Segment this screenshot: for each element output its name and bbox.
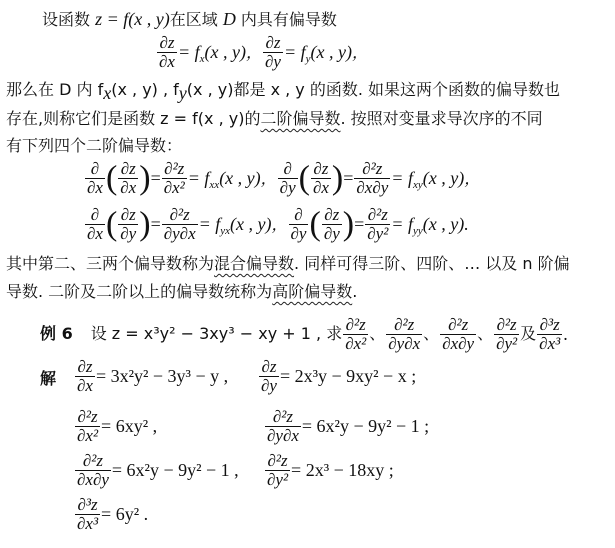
fraction-dz-dx: ∂z∂x xyxy=(311,160,331,197)
numerator: ∂z xyxy=(119,206,138,224)
subscript-y: y xyxy=(179,83,187,103)
fraction-d2z-dxdy: ∂²z∂x∂y xyxy=(354,160,390,197)
f-symbol: = f xyxy=(199,214,221,234)
numerator: ∂²z xyxy=(75,408,99,426)
denominator: ∂x³ xyxy=(75,514,100,533)
fraction-d2z-dy2: ∂²z∂y² xyxy=(365,206,390,243)
denominator: ∂y xyxy=(259,376,279,395)
denominator: ∂y xyxy=(289,224,309,243)
solution-result-6: ∂²z∂y²= 2x³ − 18xy ; xyxy=(264,452,394,489)
denominator: ∂x² xyxy=(343,334,368,353)
numerator: ∂³z xyxy=(75,496,99,514)
left-paren: ( xyxy=(106,205,117,242)
numerator: ∂z xyxy=(322,206,341,224)
separator: 、 xyxy=(477,326,493,342)
denominator: ∂y² xyxy=(365,224,390,243)
and-word: 及 xyxy=(520,326,536,342)
numerator: ∂z xyxy=(119,160,138,178)
equals: = xyxy=(343,169,353,187)
denominator: ∂x xyxy=(157,52,177,71)
numerator: ∂ xyxy=(292,206,304,224)
rhs: = 6x²y − 9y² − 1 , xyxy=(112,461,239,479)
args: (x , y) xyxy=(205,42,246,62)
rhs: = 6xy² , xyxy=(101,417,157,435)
solution-result-3: ∂²z∂x²= 6xy² , xyxy=(74,408,157,445)
left-paren: ( xyxy=(309,205,320,242)
rhs: = 3x²y² − 3y³ − y , xyxy=(96,367,228,385)
fraction-dz-dx: ∂z∂x xyxy=(118,160,138,197)
para2-line3: 有下列四个二阶偏导数： xyxy=(6,138,182,155)
numerator: ∂²z xyxy=(271,408,295,426)
denominator: ∂x xyxy=(75,376,95,395)
equals: = xyxy=(151,215,161,233)
numerator: ∂ xyxy=(281,160,293,178)
denominator: ∂x xyxy=(85,224,105,243)
fraction-dz-dx: ∂z∂x xyxy=(157,34,177,71)
lhs-fraction: ∂²z∂y∂x xyxy=(265,408,301,445)
numerator: ∂ xyxy=(89,160,101,178)
separator: 、 xyxy=(369,326,385,342)
numerator: ∂ xyxy=(89,206,101,224)
numerator: ∂²z xyxy=(360,160,384,178)
f-symbol: = f xyxy=(391,214,413,234)
right-paren: ) xyxy=(332,159,343,196)
solution-result-4: ∂²z∂y∂x= 6x²y − 9y² − 1 ; xyxy=(264,408,429,445)
solution-result-1: ∂z∂x= 3x²y² − 3y³ − y , xyxy=(74,358,228,395)
denominator: ∂x xyxy=(118,178,138,197)
target-d2z-dxdy: ∂²z∂x∂y xyxy=(440,316,476,353)
lhs-fraction: ∂²z∂y² xyxy=(265,452,290,489)
args: (x , y) xyxy=(230,214,271,234)
para3-line2: 导数. 二阶及二阶以上的偏导数统称为高阶偏导数. xyxy=(6,284,357,301)
solution-result-2: ∂z∂y= 2x³y − 9xy² − x ; xyxy=(258,358,416,395)
term-higher-order-partial: 高阶偏导数 xyxy=(272,282,352,301)
numerator: ∂z xyxy=(157,34,176,52)
example-statement: 设 z = x³y² − 3xy³ − xy + 1 , 求 xyxy=(91,326,342,342)
denominator: ∂x xyxy=(311,178,331,197)
f-symbol: = f xyxy=(391,168,413,188)
intro-prefix: 设函数 xyxy=(42,10,95,29)
left-paren: ( xyxy=(299,159,310,196)
denominator: ∂y² xyxy=(265,470,290,489)
fraction-d2z-dx2: ∂²z∂x² xyxy=(162,160,187,197)
target-d3z-dx3: ∂³z∂x³ xyxy=(537,316,562,353)
intro-line: 设函数 z = f(x , y)在区域 D 内具有偏导数 xyxy=(42,10,337,29)
para2-line3-text: 有下列四个二阶偏导数： xyxy=(6,136,182,155)
end-punct: ， xyxy=(464,169,480,188)
numerator: ∂²z xyxy=(366,206,390,224)
para2-line1-c: (x , y)都是 x , y 的函数. 如果这两个函数的偏导数也 xyxy=(187,80,560,99)
numerator: ∂³z xyxy=(538,316,562,334)
denominator: ∂x² xyxy=(75,426,100,445)
end-punct: . xyxy=(464,214,469,234)
f-symbol: = f xyxy=(178,42,200,62)
numerator: ∂²z xyxy=(168,206,192,224)
fraction-d-dx: ∂∂x xyxy=(85,160,105,197)
para3-line1: 其中第二、三两个偏导数称为混合偏导数. 同样可得三阶、四阶、… 以及 n 阶偏 xyxy=(6,256,570,273)
numerator: ∂z xyxy=(311,160,330,178)
args: (x , y) xyxy=(423,168,464,188)
term-second-order-partial: 二阶偏导数 xyxy=(260,109,340,128)
para3-line2-b: . xyxy=(352,282,357,301)
denominator: ∂x∂y xyxy=(440,334,476,353)
denominator: ∂x∂y xyxy=(354,178,390,197)
para2-line2-b: . 按照对变量求导次序的不同 xyxy=(340,109,542,128)
solution-result-7: ∂³z∂x³= 6y² . xyxy=(74,496,148,533)
denominator: ∂y² xyxy=(494,334,519,353)
denominator: ∂x² xyxy=(162,178,187,197)
para3-line1-a: 其中第二、三两个偏导数称为 xyxy=(6,254,214,273)
solution-label-text: 解 xyxy=(40,369,56,388)
fraction-dz-dy: ∂z∂y xyxy=(322,206,342,243)
f-yy: = fyy(x , y). xyxy=(391,215,468,233)
para2-line1-a: 那么在 D 内 f xyxy=(6,80,103,99)
lhs-fraction: ∂z∂x xyxy=(75,358,95,395)
rhs: = 2x³y − 9xy² − x ; xyxy=(280,367,416,385)
numerator: ∂²z xyxy=(392,316,416,334)
intro-func: z = f(x , y) xyxy=(95,9,170,29)
para2-line1: 那么在 D 内 fx(x , y) , fy(x , y)都是 x , y 的函… xyxy=(6,82,560,99)
right-paren: ) xyxy=(343,205,354,242)
rhs: = 6x²y − 9y² − 1 ; xyxy=(302,417,429,435)
args: (x , y) xyxy=(423,214,464,234)
denominator: ∂x xyxy=(85,178,105,197)
numerator: ∂²z xyxy=(446,316,470,334)
numerator: ∂²z xyxy=(344,316,368,334)
intro-middle: 在区域 xyxy=(170,10,223,29)
fraction-d-dx: ∂∂x xyxy=(85,206,105,243)
equals-fy: = fy(x , y)， xyxy=(284,43,368,61)
equals-fx: = fx(x , y)， xyxy=(178,43,262,61)
f-yx: = fyx(x , y)， xyxy=(199,215,288,233)
denominator: ∂y xyxy=(322,224,342,243)
denominator: ∂x∂y xyxy=(75,470,111,489)
fraction-dz-dy: ∂z∂y xyxy=(118,206,138,243)
numerator: ∂²z xyxy=(81,452,105,470)
subscript: yx xyxy=(220,225,230,237)
right-paren: ) xyxy=(139,205,150,242)
target-d2z-dy2: ∂²z∂y² xyxy=(494,316,519,353)
rhs: = 2x³ − 18xy ; xyxy=(291,461,394,479)
para3-line2-a: 导数. 二阶及二阶以上的偏导数统称为 xyxy=(6,282,272,301)
numerator: ∂z xyxy=(259,358,278,376)
denominator: ∂y∂x xyxy=(162,224,198,243)
para2-line2: 存在,则称它们是函数 z = f(x , y)的二阶偏导数. 按照对变量求导次序… xyxy=(6,111,543,128)
subscript: xy xyxy=(413,179,423,191)
para2-line1-b: (x , y) , f xyxy=(111,80,179,99)
para2-line2-a: 存在,则称它们是函数 z = f(x , y)的 xyxy=(6,109,260,128)
first-partials-equation: ∂z∂x= fx(x , y)，∂z∂y= fy(x , y)， xyxy=(156,34,368,71)
left-paren: ( xyxy=(106,159,117,196)
fraction-d2z-dydx: ∂²z∂y∂x xyxy=(162,206,198,243)
f-xx: = fxx(x , y)， xyxy=(188,169,277,187)
subscript: yy xyxy=(413,225,423,237)
numerator: ∂z xyxy=(263,34,282,52)
numerator: ∂²z xyxy=(162,160,186,178)
denominator: ∂y xyxy=(118,224,138,243)
para3-line1-b: . 同样可得三阶、四阶、… 以及 n 阶偏 xyxy=(294,254,570,273)
lhs-fraction: ∂²z∂x² xyxy=(75,408,100,445)
denominator: ∂y xyxy=(263,52,283,71)
f-symbol: = f xyxy=(188,168,210,188)
target-d2z-dydx: ∂²z∂y∂x xyxy=(386,316,422,353)
example-label: 例 6 xyxy=(40,324,73,343)
fraction-d-dy: ∂∂y xyxy=(289,206,309,243)
fraction-d-dy: ∂∂y xyxy=(278,160,298,197)
second-partials-row1: ∂∂x(∂z∂x)=∂²z∂x²= fxx(x , y)，∂∂y(∂z∂x)=∂… xyxy=(84,160,480,197)
separator: ， xyxy=(261,169,277,188)
term-mixed-partial: 混合偏导数 xyxy=(214,254,294,273)
equals: = xyxy=(151,169,161,187)
intro-suffix: 内具有偏导数 xyxy=(236,10,337,29)
end-punct: ， xyxy=(352,43,368,62)
subscript: xx xyxy=(209,179,219,191)
denominator: ∂y∂x xyxy=(386,334,422,353)
args: (x , y) xyxy=(310,42,351,62)
equals: = xyxy=(354,215,364,233)
denominator: ∂y xyxy=(278,178,298,197)
denominator: ∂y∂x xyxy=(265,426,301,445)
numerator: ∂²z xyxy=(495,316,519,334)
separator: ， xyxy=(246,43,262,62)
right-paren: ) xyxy=(139,159,150,196)
end-punct: . xyxy=(563,325,568,343)
separator: ， xyxy=(272,215,288,234)
f-symbol: = f xyxy=(284,42,306,62)
domain-D: D xyxy=(223,9,236,29)
separator: 、 xyxy=(423,326,439,342)
numerator: ∂²z xyxy=(265,452,289,470)
denominator: ∂x³ xyxy=(537,334,562,353)
lhs-fraction: ∂z∂y xyxy=(259,358,279,395)
numerator: ∂z xyxy=(75,358,94,376)
f-xy: = fxy(x , y)， xyxy=(391,169,480,187)
target-d2z-dx2: ∂²z∂x² xyxy=(343,316,368,353)
solution-label: 解 xyxy=(40,371,56,388)
solution-result-5: ∂²z∂x∂y= 6x²y − 9y² − 1 , xyxy=(74,452,239,489)
example-6: 例 6设 z = x³y² − 3xy³ − xy + 1 , 求∂²z∂x²、… xyxy=(40,316,568,353)
rhs: = 6y² . xyxy=(101,505,148,523)
lhs-fraction: ∂³z∂x³ xyxy=(75,496,100,533)
lhs-fraction: ∂²z∂x∂y xyxy=(75,452,111,489)
fraction-dz-dy: ∂z∂y xyxy=(263,34,283,71)
second-partials-row2: ∂∂x(∂z∂y)=∂²z∂y∂x= fyx(x , y)，∂∂y(∂z∂y)=… xyxy=(84,206,469,243)
args: (x , y) xyxy=(219,168,260,188)
